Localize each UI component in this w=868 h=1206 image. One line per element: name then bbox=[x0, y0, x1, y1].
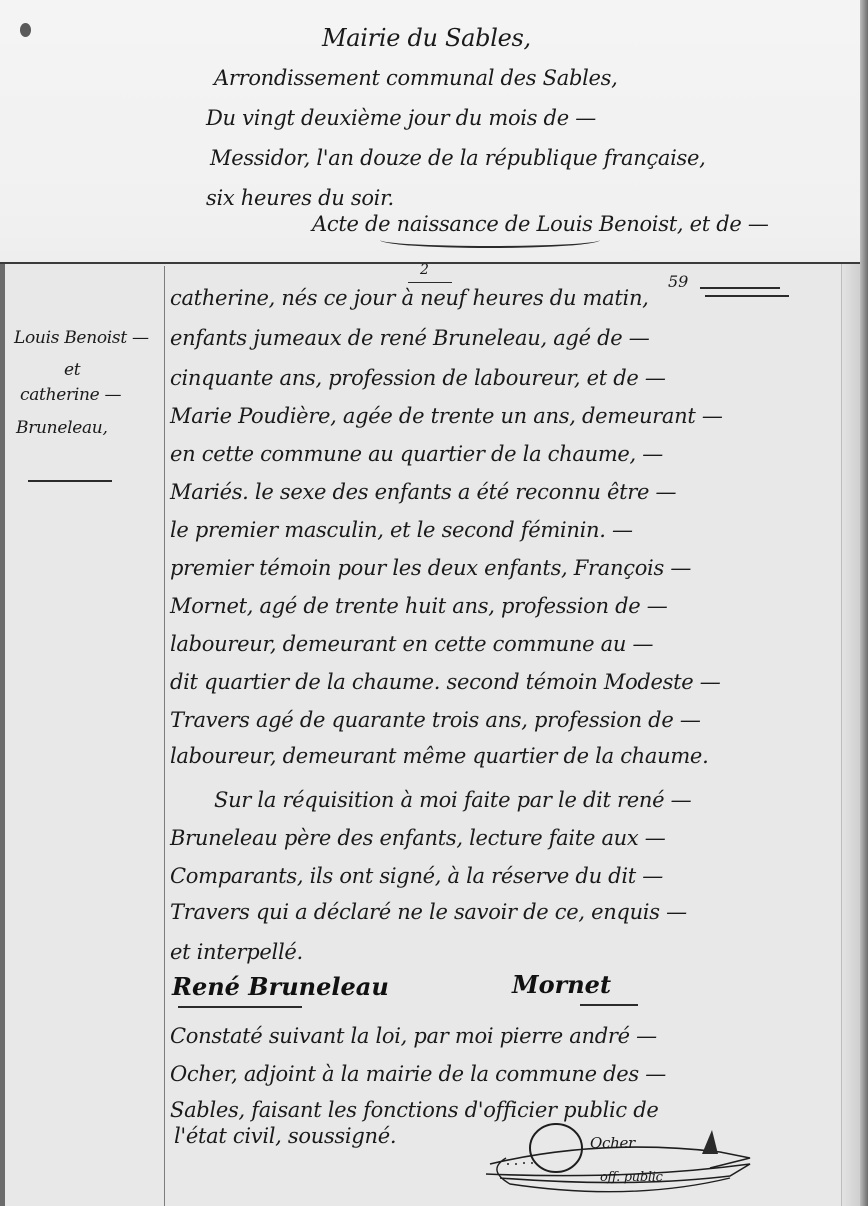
margin-underline bbox=[28, 480, 112, 482]
body-line-12: Travers agé de quarante trois ans, profe… bbox=[170, 708, 701, 732]
signature-mornet: Mornet bbox=[512, 970, 611, 999]
section-mark-underline bbox=[408, 282, 452, 283]
header-flourish bbox=[380, 232, 600, 248]
body-line-5: en cette commune au quartier de la chaum… bbox=[170, 442, 663, 466]
signature-underline-1 bbox=[178, 1006, 302, 1008]
body-line-4: Marie Poudière, agée de trente un ans, d… bbox=[170, 404, 723, 428]
body-line-11: dit quartier de la chaume. second témoin… bbox=[170, 670, 721, 694]
body-line-7: le premier masculin, et le second fémini… bbox=[170, 518, 633, 542]
scanned-register-page: Mairie du Sables, Arrondissement communa… bbox=[0, 0, 868, 1206]
margin-name-line-1: Louis Benoist — bbox=[14, 328, 149, 348]
previous-page-strip: Mairie du Sables, Arrondissement communa… bbox=[0, 0, 860, 264]
officer-signature-title: off. public bbox=[600, 1170, 663, 1185]
body-line-1: catherine, nés ce jour à neuf heures du … bbox=[170, 286, 649, 310]
page-right-edge bbox=[860, 0, 868, 1206]
mairie-heading: Mairie du Sables, bbox=[322, 24, 531, 52]
closing-line-4: l'état civil, soussigné. bbox=[174, 1124, 396, 1148]
body-line-18: et interpellé. bbox=[170, 940, 303, 964]
header-line-4: six heures du soir. bbox=[206, 186, 394, 210]
page-left-edge bbox=[0, 264, 5, 1206]
header-line-2: Du vingt deuxième jour du mois de — bbox=[206, 106, 596, 130]
header-line-1: Arrondissement communal des Sables, bbox=[214, 66, 618, 90]
page-number-flourish-2 bbox=[705, 295, 789, 297]
officer-paraph-icon bbox=[480, 1118, 820, 1206]
margin-rule bbox=[164, 266, 165, 1206]
body-line-9: Mornet, agé de trente huit ans, professi… bbox=[170, 594, 667, 618]
body-line-8: premier témoin pour les deux enfants, Fr… bbox=[170, 556, 691, 580]
page-number: 59 bbox=[668, 272, 688, 291]
signature-underline-2 bbox=[580, 1004, 638, 1006]
body-line-17: Travers qui a déclaré ne le savoir de ce… bbox=[170, 900, 687, 924]
section-mark: 2 bbox=[420, 262, 429, 278]
margin-name-line-2: et bbox=[64, 360, 80, 380]
closing-line-1: Constaté suivant la loi, par moi pierre … bbox=[170, 1024, 657, 1048]
body-line-3: cinquante ans, profession de laboureur, … bbox=[170, 366, 666, 390]
margin-name-line-4: Bruneleau, bbox=[16, 418, 108, 438]
body-line-10: laboureur, demeurant en cette commune au… bbox=[170, 632, 653, 656]
binding-hole bbox=[20, 23, 31, 37]
margin-name-line-3: catherine — bbox=[20, 385, 121, 405]
body-line-6: Mariés. le sexe des enfants a été reconn… bbox=[170, 480, 676, 504]
signature-rene-bruneleau: René Bruneleau bbox=[172, 972, 389, 1001]
body-line-16: Comparants, ils ont signé, à la réserve … bbox=[170, 864, 663, 888]
officer-signature-name: Ocher bbox=[590, 1134, 635, 1152]
body-line-13: laboureur, demeurant même quartier de la… bbox=[170, 744, 708, 768]
closing-line-2: Ocher, adjoint à la mairie de la commune… bbox=[170, 1062, 666, 1086]
page-gutter bbox=[841, 264, 860, 1206]
body-line-2: enfants jumeaux de rené Bruneleau, agé d… bbox=[170, 326, 649, 350]
body-line-14: Sur la réquisition à moi faite par le di… bbox=[214, 788, 691, 812]
page-number-flourish-1 bbox=[700, 287, 780, 289]
header-line-3: Messidor, l'an douze de la république fr… bbox=[210, 146, 706, 170]
body-line-15: Bruneleau père des enfants, lecture fait… bbox=[170, 826, 666, 850]
